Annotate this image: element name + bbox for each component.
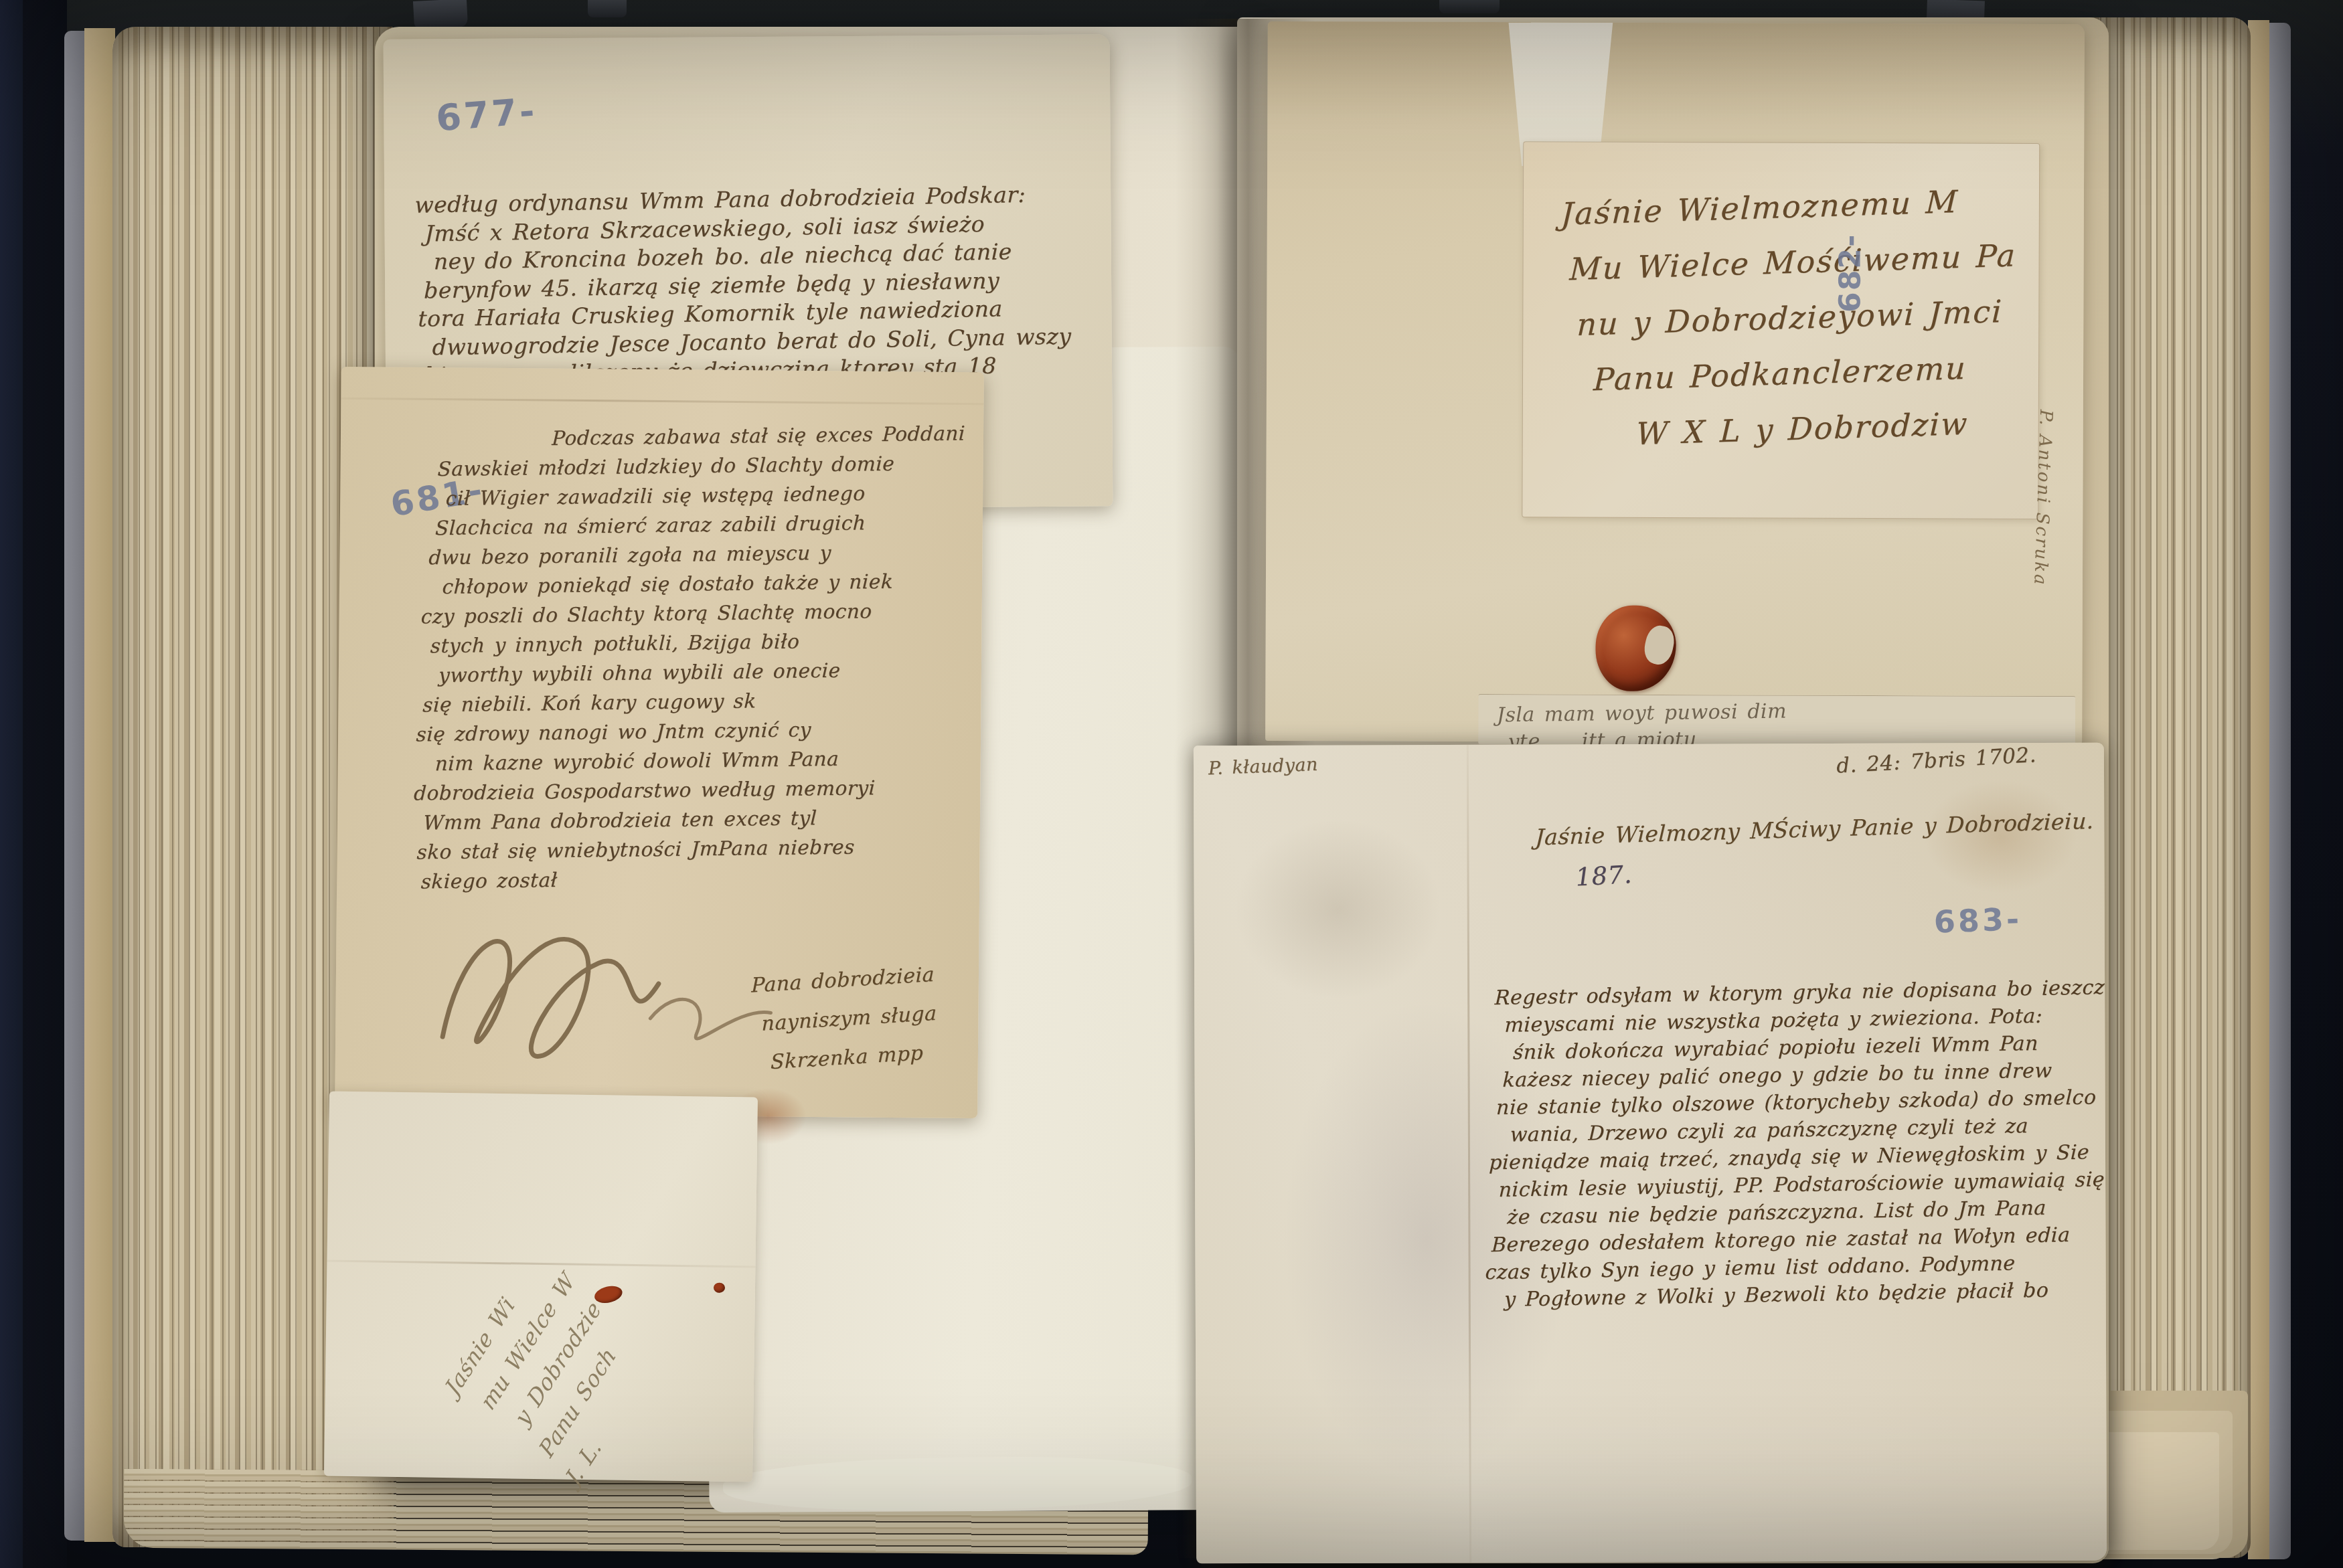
- paper-stain: [1234, 818, 1442, 1000]
- folio-number: 187.: [1574, 860, 1633, 892]
- text-line: Podczas zabawa stał się exces Poddani: [552, 418, 978, 453]
- mount-clip: [588, 0, 627, 17]
- underlying-letter-text: Jsla mam woyt puwosi dimyte . . itt a mi…: [1497, 695, 2060, 746]
- document-681: 681- Podczas zabawa stał się exces Podda…: [335, 367, 984, 1118]
- signature-lines: Pana dobrodzieianayniszym sługaSkrzenka …: [750, 953, 972, 1083]
- document-683: d. 24: 7bris 1702. P. kłaudyan Jaśnie Wi…: [1194, 743, 2107, 1564]
- cover-cloth-right: [2268, 23, 2291, 1559]
- cover-board-right: [2248, 20, 2269, 1559]
- document-677-text: według ordynansu Wmm Pana dobrodzieia Po…: [412, 179, 1091, 390]
- document-683-text: Regestr odsyłam w ktorym gryka nie dopis…: [1483, 974, 2101, 1314]
- date-annotation: d. 24: 7bris 1702.: [1836, 743, 2037, 778]
- address-text-682: Jaśnie Wielmoznemu MMu Wielce Mośćiwemu …: [1552, 173, 2004, 464]
- document-682: Jaśnie Wielmoznemu MMu Wielce Mośćiwemu …: [1265, 21, 2085, 744]
- text-line: W X L y Dobrodziw: [1635, 395, 1995, 462]
- page-number-682: 682-: [1833, 199, 1868, 313]
- mount-clip: [1439, 0, 1500, 13]
- cover-cloth-left: [64, 31, 87, 1541]
- underlying-letter-strip: Jsla mam woyt puwosi dimyte . . itt a mi…: [1478, 694, 2075, 746]
- backdrop-left-strip-2: [23, 0, 67, 1568]
- address-text: Jaśnie Wimu Wielce Wy DobrodziePanu Soch…: [436, 1138, 738, 1498]
- fold-crease: [341, 398, 983, 405]
- wax-seal: [1595, 606, 1676, 691]
- page-number-683: 683-: [1933, 901, 2022, 940]
- cover-board-left: [84, 28, 115, 1542]
- document-681-text: Podczas zabawa stał się exces PoddaniSaw…: [410, 418, 977, 896]
- backdrop-left-strip: [0, 0, 23, 1568]
- stain-top: [1267, 21, 2085, 124]
- wax-seal-flake: [1641, 623, 1677, 667]
- page-number-677: 677-: [434, 90, 539, 139]
- mount-clip: [413, 0, 468, 29]
- wax-residue: [714, 1283, 725, 1293]
- folded-letter-address: Jaśnie Wimu Wielce Wy DobrodziePanu Soch…: [324, 1092, 758, 1482]
- text-line: skiego został: [420, 861, 960, 897]
- archivist-note: P. kłaudyan: [1208, 754, 1318, 779]
- photo-stage: 677- według ordynansu Wmm Pana dobrodzie…: [0, 0, 2343, 1568]
- address-panel-682: Jaśnie Wielmoznemu MMu Wielce Mośćiwemu …: [1522, 141, 2040, 519]
